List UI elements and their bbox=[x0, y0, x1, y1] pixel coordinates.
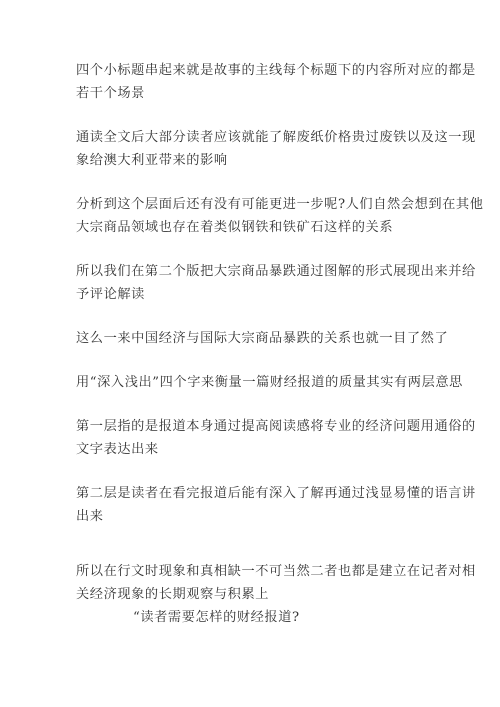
paragraph-2: 通读全文后大部分读者应该就能了解废纸价格贵过废铁以及这一现 象给澳大利亚带来的影… bbox=[76, 126, 421, 172]
paragraph-line: 文字表达出来 bbox=[76, 438, 421, 461]
paragraph-line: 大宗商品领域也存在着类似钢铁和铁矿石这样的关系 bbox=[76, 216, 421, 239]
paragraph-line: 象给澳大利亚带来的影响 bbox=[76, 149, 421, 172]
closing-quote-heading: “读者需要怎样的财经报道? bbox=[133, 606, 300, 629]
paragraph-7: 第一层指的是报道本身通过提高阅读感将专业的经济问题用通俗的 文字表达出来 bbox=[76, 415, 421, 461]
document-page: 四个小标题串起来就是故事的主线每个标题下的内容所对应的都是 若干个场景 通读全文… bbox=[0, 0, 500, 707]
paragraph-line: 第二层是读者在看完报道后能有深入了解再通过浅显易懂的语言讲 bbox=[76, 482, 421, 505]
paragraph-1: 四个小标题串起来就是故事的主线每个标题下的内容所对应的都是 若干个场景 bbox=[76, 59, 421, 105]
paragraph-line: 所以我们在第二个版把大宗商品暴跌通过图解的形式展现出来并给 bbox=[76, 260, 421, 283]
paragraph-6: 用“深入浅出”四个字来衡量一篇财经报道的质量其实有两层意思 bbox=[76, 371, 421, 394]
paragraph-line: 分析到这个层面后还有没有可能更进一步呢?人们自然会想到在其他 bbox=[76, 193, 421, 216]
paragraph-line: 这么一来中国经济与国际大宗商品暴跌的关系也就一目了然了 bbox=[76, 327, 421, 350]
paragraph-8: 第二层是读者在看完报道后能有深入了解再通过浅显易懂的语言讲 出来 bbox=[76, 482, 421, 528]
paragraph-line: 通读全文后大部分读者应该就能了解废纸价格贵过废铁以及这一现 bbox=[76, 126, 421, 149]
paragraph-5: 这么一来中国经济与国际大宗商品暴跌的关系也就一目了然了 bbox=[76, 327, 421, 350]
paragraph-9: 所以在行文时现象和真相缺一不可当然二者也都是建立在记者对相 关经济现象的长期观察… bbox=[76, 560, 421, 606]
paragraph-4: 所以我们在第二个版把大宗商品暴跌通过图解的形式展现出来并给 予评论解读 bbox=[76, 260, 421, 306]
paragraph-3: 分析到这个层面后还有没有可能更进一步呢?人们自然会想到在其他 大宗商品领域也存在… bbox=[76, 193, 421, 239]
paragraph-line: 出来 bbox=[76, 505, 421, 528]
paragraph-line: 关经济现象的长期观察与积累上 bbox=[76, 583, 421, 606]
paragraph-line: 所以在行文时现象和真相缺一不可当然二者也都是建立在记者对相 bbox=[76, 560, 421, 583]
paragraph-line: 予评论解读 bbox=[76, 283, 421, 306]
paragraph-line: 第一层指的是报道本身通过提高阅读感将专业的经济问题用通俗的 bbox=[76, 415, 421, 438]
paragraph-line: 若干个场景 bbox=[76, 82, 421, 105]
paragraph-line: 用“深入浅出”四个字来衡量一篇财经报道的质量其实有两层意思 bbox=[76, 371, 421, 394]
paragraph-line: 四个小标题串起来就是故事的主线每个标题下的内容所对应的都是 bbox=[76, 59, 421, 82]
